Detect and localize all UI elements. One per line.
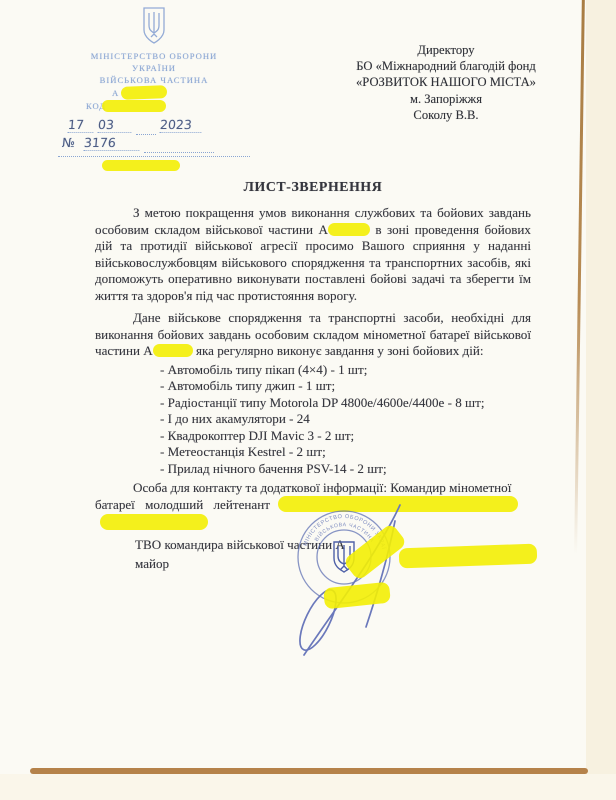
letterhead-unit-line: ВІЙСЬКОВА ЧАСТИНА (56, 74, 252, 86)
recipient-line: Соколу В.В. (340, 107, 552, 123)
list-item: - Автомобіль типу пікап (4×4) - 1 шт; (95, 362, 531, 379)
number-label: № (61, 135, 80, 150)
paper-edge-line-right (574, 0, 584, 554)
recipient-line: БО «Міжнародний благодій фонд (340, 58, 552, 74)
paragraph-2: Дане військове спорядження та транспортн… (95, 310, 531, 360)
handwritten-date-year: 2023 (159, 117, 202, 133)
letterhead-ministry-line2: УКРАЇНИ (56, 62, 252, 74)
recipient-line: «РОЗВИТОК НАШОГО МІСТА» (340, 74, 552, 90)
handwritten-date-month: 03 (97, 117, 132, 133)
contact-line-2-text: батареї молодший лейтенант (95, 497, 270, 514)
scan-background-bottom (0, 774, 616, 800)
list-item: - Метеостанція Kestrel - 2 шт; (95, 444, 531, 461)
letterhead-ministry-line1: МІНІСТЕРСТВО ОБОРОНИ (56, 50, 252, 62)
letterhead-date-row: 17 03 2023 (56, 116, 252, 134)
recipient-block: Директору БО «Міжнародний благодій фонд … (340, 42, 552, 123)
letterhead-unit-number-row: А (56, 86, 252, 100)
redaction-highlight (153, 344, 193, 357)
redaction-highlight (399, 544, 538, 569)
equipment-list: - Автомобіль типу пікап (4×4) - 1 шт; - … (95, 362, 531, 478)
redaction-highlight (102, 100, 166, 112)
round-official-stamp: МІНІСТЕРСТВО ОБОРОНИ УКРАЇНИ ВІЙСЬКОВА Ч… (270, 495, 435, 670)
list-item: - Квадрокоптер DJI Mavic 3 - 2 шт; (95, 428, 531, 445)
list-item: - Прилад нічного бачення PSV-14 - 2 шт; (95, 461, 531, 478)
letterhead-bottom-row (56, 157, 252, 173)
scanned-letter-page: МІНІСТЕРСТВО ОБОРОНИ УКРАЇНИ ВІЙСЬКОВА Ч… (0, 0, 616, 800)
letterhead-code-row: код (56, 100, 252, 114)
letterhead-number-row: № 3176 (56, 134, 252, 152)
trident-shield-icon (141, 6, 167, 46)
letterhead-block: МІНІСТЕРСТВО ОБОРОНИ УКРАЇНИ ВІЙСЬКОВА Ч… (56, 6, 252, 173)
redaction-highlight (121, 85, 167, 100)
paper-edge-line-bottom (30, 768, 588, 774)
handwritten-date-day: 17 (67, 117, 94, 133)
recipient-line: Директору (340, 42, 552, 58)
redaction-highlight (102, 160, 180, 171)
redaction-highlight (328, 223, 370, 236)
handwritten-number-value: 3176 (83, 135, 140, 151)
paragraph-2-text-after: яка регулярно виконує завдання у зоні бо… (196, 343, 484, 358)
list-item: - Автомобіль типу джип - 1 шт; (95, 378, 531, 395)
scan-background-strip (586, 0, 616, 800)
list-item: - І до них акамулятори - 24 (95, 411, 531, 428)
paragraph-1: З метою покращення умов виконання службо… (95, 205, 531, 304)
redaction-highlight (100, 514, 208, 530)
recipient-line: м. Запоріжжя (340, 91, 552, 107)
document-title: ЛИСТ-ЗВЕРНЕННЯ (95, 179, 531, 195)
list-item: - Радіостанції типу Motorola DP 4800e/46… (95, 395, 531, 412)
document-body: З метою покращення умов виконання службо… (95, 205, 531, 531)
letterhead-unit-prefix: А (112, 87, 119, 99)
